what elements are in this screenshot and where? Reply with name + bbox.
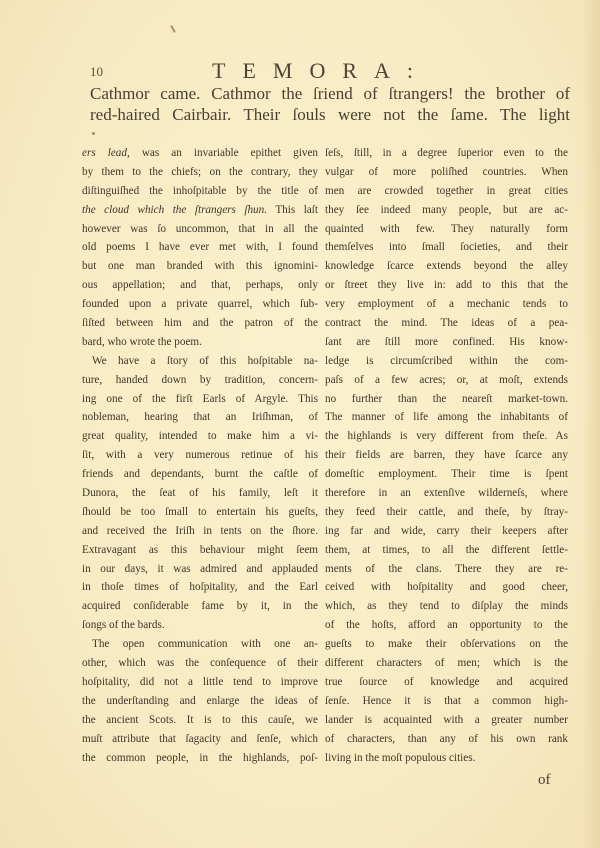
text-line: the ancient Scots. It is to this cauſe, … bbox=[82, 711, 318, 730]
text-line: hoſpitality, did not a little tend to im… bbox=[82, 673, 318, 692]
text-line: founded upon a private quarrel, which ſu… bbox=[82, 295, 318, 314]
text-line: The manner of life among the inhabitants… bbox=[325, 408, 568, 427]
lead-line: Cathmor came. Cathmor the ſriend of ſtra… bbox=[90, 83, 570, 104]
text-line: ſenſe. Hence it is that a common high- bbox=[325, 692, 568, 711]
text-line: gueſts to make their obſervations on the bbox=[325, 635, 568, 654]
text-line: living in the moſt populous cities. bbox=[325, 749, 568, 768]
text-line: them, at times, to all the different ſet… bbox=[325, 541, 568, 560]
text-line: no further than the neareſt market-town. bbox=[325, 390, 568, 409]
lead-text-block: Cathmor came. Cathmor the ſriend of ſtra… bbox=[90, 83, 570, 125]
scan-speck bbox=[92, 132, 95, 135]
text-run: This laſt bbox=[267, 204, 318, 216]
text-line: their fields are barren, they have ſcarc… bbox=[325, 446, 568, 465]
text-line: the cloud which the ſtrangers ſhun. This… bbox=[82, 201, 318, 220]
text-line: nobleman, hearing that an Iriſhman, of bbox=[82, 408, 318, 427]
text-line: muſt attribute that ſagacity and ſenſe, … bbox=[82, 730, 318, 749]
text-line: diſtinguiſhed the inhoſpitable by the ti… bbox=[82, 182, 318, 201]
footnote-left-column: ers lead, was an invariable epithet give… bbox=[82, 144, 318, 767]
text-line: ſit, with a very numerous retinue of his bbox=[82, 446, 318, 465]
text-line: or ſtreet they live in: add to this that… bbox=[325, 276, 568, 295]
lead-line: red-haired Cairbair. Their ſouls were no… bbox=[90, 104, 570, 125]
text-line: ture, handed down by tradition, concern- bbox=[82, 371, 318, 390]
text-line: in our days, it was admired and applaude… bbox=[82, 560, 318, 579]
italic-phrase: the cloud which the ſtrangers ſhun. bbox=[82, 204, 267, 216]
text-line: ſongs of the bards. bbox=[82, 616, 318, 635]
text-line: Dunora, the ſeat of his family, leſt it bbox=[82, 484, 318, 503]
text-line: very employment of a mechanic tends to bbox=[325, 295, 568, 314]
text-line: which, as they tend to diſplay the minds bbox=[325, 597, 568, 616]
text-line: and received the Iriſh in tents on the ſ… bbox=[82, 522, 318, 541]
text-line: ſeſs, ſtill, in a degree ſuperior even t… bbox=[325, 144, 568, 163]
text-line: domeſtic employment. Their time is ſpent bbox=[325, 465, 568, 484]
text-line: men are crowded together in great cities bbox=[325, 182, 568, 201]
text-line: lander is acquainted with a greater numb… bbox=[325, 711, 568, 730]
text-line: ſant are ſtill more confined. His know- bbox=[325, 333, 568, 352]
italic-phrase: ers lead, bbox=[82, 147, 130, 159]
text-line: ſiſted between him and the patron of the bbox=[82, 314, 318, 333]
text-line: ous appellation; and that, perhaps, only bbox=[82, 276, 318, 295]
footnote-right-column: ſeſs, ſtill, in a degree ſuperior even t… bbox=[325, 144, 568, 767]
text-line: but one man branded with this ignomini- bbox=[82, 257, 318, 276]
text-line: bard, who wrote the poem. bbox=[82, 333, 318, 352]
text-line: different characters of men; which is th… bbox=[325, 654, 568, 673]
text-line: We have a ſtory of this hoſpitable na- bbox=[82, 352, 318, 371]
text-line: other, which was the conſequence of thei… bbox=[82, 654, 318, 673]
text-run: was an invariable epithet given bbox=[130, 147, 318, 159]
text-line: in thoſe times of hoſpitality, and the E… bbox=[82, 578, 318, 597]
text-line: acquired conſiderable fame by it, in the bbox=[82, 597, 318, 616]
scan-speck bbox=[170, 25, 176, 33]
text-line: of the hoſts, afford an opportunity to t… bbox=[325, 616, 568, 635]
text-line: ſhould be too ſmall to entertain his gue… bbox=[82, 503, 318, 522]
text-line: paſs of a few acres; or, at moſt, extend… bbox=[325, 371, 568, 390]
text-line: ing far and wide, carry their keepers af… bbox=[325, 522, 568, 541]
text-line: ceived with hoſpitality and good cheer, bbox=[325, 578, 568, 597]
text-line: however was ſo uncommon, that in all the bbox=[82, 220, 318, 239]
text-line: by them to the chiefs; on the contrary, … bbox=[82, 163, 318, 182]
text-line: the common people, in the highlands, poſ… bbox=[82, 749, 318, 768]
text-line: the highlands is very different from the… bbox=[325, 427, 568, 446]
page-number: 10 bbox=[90, 64, 103, 80]
text-line: The open communication with one an- bbox=[82, 635, 318, 654]
text-line: ments of the clans. There they are re- bbox=[325, 560, 568, 579]
page-edge-shadow bbox=[582, 0, 600, 848]
catchword: of bbox=[538, 772, 551, 789]
text-line: true ſource of knowledge and acquired bbox=[325, 673, 568, 692]
text-line: ledge is circumſcribed within the com- bbox=[325, 352, 568, 371]
text-line: they ſee indeed many people, but are ac- bbox=[325, 201, 568, 220]
text-line: old poems I have ever met with, I found bbox=[82, 238, 318, 257]
running-title: TEMORA: bbox=[212, 58, 430, 84]
text-line: knowledge ſcarce extends beyond the alle… bbox=[325, 257, 568, 276]
text-line: vulgar of more poliſhed countries. When bbox=[325, 163, 568, 182]
text-line: they feed their cattle, and theſe, by ſt… bbox=[325, 503, 568, 522]
text-line: great quality, intended to make him a vi… bbox=[82, 427, 318, 446]
text-line: the underſtanding and enlarge the ideas … bbox=[82, 692, 318, 711]
text-line: Extravagant as this behaviour might ſeem bbox=[82, 541, 318, 560]
text-line: themſelves into ſmall ſocieties, and the… bbox=[325, 238, 568, 257]
page-header: 10 TEMORA: bbox=[90, 58, 570, 80]
text-line: quainted with few. They naturally form bbox=[325, 220, 568, 239]
text-line: contract the mind. The ideas of a pea- bbox=[325, 314, 568, 333]
text-line: friends and dependants, burnt the caſtle… bbox=[82, 465, 318, 484]
text-line: ers lead, was an invariable epithet give… bbox=[82, 144, 318, 163]
text-line: of characters, than any of his own rank bbox=[325, 730, 568, 749]
text-line: therefore in an extenſive wilderneſs, wh… bbox=[325, 484, 568, 503]
text-line: ing one of the firſt Earls of Argyle. Th… bbox=[82, 390, 318, 409]
